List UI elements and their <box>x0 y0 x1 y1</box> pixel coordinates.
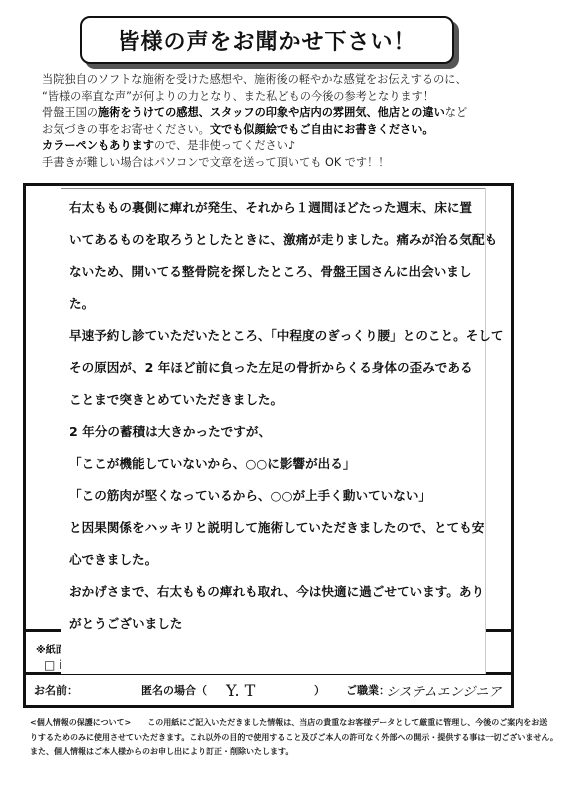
name-row: お名前： 匿名の場合（ Y. T ） ご職業： システムエンジニア <box>26 675 511 705</box>
intro-line-4-bold: 文でも似顔絵でもご自由にお書きください。 <box>210 123 434 136</box>
privacy-line: <個人情報の保護について> この用紙にご記入いただきました情報は、当店の貴重なお… <box>30 716 550 731</box>
testimonial-line: 「ここが機能していないから、○○に影響が出る」 <box>69 454 479 486</box>
divider-left <box>26 629 66 632</box>
occupation-label: ご職業： <box>346 682 390 698</box>
intro-line-3: 骨盤王国の施術をうけての感想、スタッフの印象や店内の雰囲気、他店との違いなど <box>42 105 542 122</box>
divider-right <box>486 629 514 632</box>
note-checkbox[interactable]: □ i <box>44 658 63 672</box>
testimonial-line: おかげさまで、右太ももの痺れも取れ、今は快適に過ごせています。あり <box>69 582 479 614</box>
page-title: 皆様の声をお聞かせ下さい！ <box>117 25 416 56</box>
testimonial-sheet: 右太ももの裏側に痺れが発生、それから１週間ほどたった週末、床に置 いてあるものを… <box>61 188 486 674</box>
privacy-line: りするためのみに使用させていただきます。これ以外の目的で使用すること及びご本人の… <box>30 731 550 746</box>
occupation-value: システムエンジニア <box>386 681 501 700</box>
testimonial-line: 「この筋肉が堅くなっているから、○○が上手く動いていない」 <box>69 486 479 518</box>
anonymous-label: 匿名の場合（ <box>141 682 207 698</box>
testimonial-line: ないため、開いてる整骨院を探したところ、骨盤王国さんに出会いまし <box>69 262 479 294</box>
testimonial-line: がとうございました <box>69 614 479 646</box>
intro-line-5: カラーペンもありますので、是非使ってください♪ <box>42 138 542 155</box>
testimonial-line: 早速予約し診ていただいたところ、「中程度のぎっくり腰」とのこと。そして <box>69 326 479 358</box>
privacy-line: また、個人情報はご本人様からのお申し出により訂正・削除いたします。 <box>30 745 550 760</box>
intro-line-3-bold: 施術をうけての感想、スタッフの印象や店内の雰囲気、他店との違い <box>98 106 445 119</box>
anonymous-close-paren: ） <box>314 682 325 698</box>
intro-line-4: お気づきの事をお寄せください。文でも似顔絵でもご自由にお書きください。 <box>42 122 542 139</box>
intro-line-4-prefix: お気づきの事をお寄せください。 <box>42 123 210 136</box>
anonymous-value: Y. T <box>226 681 255 700</box>
intro-line-5-bold: カラーペンもあります <box>42 139 154 152</box>
testimonial-line: 心できました。 <box>69 550 479 582</box>
title-banner: 皆様の声をお聞かせ下さい！ <box>80 16 454 64</box>
intro-line-1: 当院独自のソフトな施術を受けた感想や、施術後の軽やかな感覚をお伝えするのに、 <box>42 72 542 89</box>
name-label: お名前： <box>34 682 78 698</box>
testimonial-line: その原因が、2 年ほど前に負った左足の骨折からくる身体の歪みである <box>69 358 479 390</box>
intro-line-5-suffix: ので、是非使ってください♪ <box>154 139 295 152</box>
intro-line-3-suffix: など <box>445 106 467 119</box>
testimonial-line: いてあるものを取ろうとしたときに、激痛が走りました。痛みが治る気配も <box>69 230 479 262</box>
testimonial-text: 右太ももの裏側に痺れが発生、それから１週間ほどたった週末、床に置 いてあるものを… <box>69 198 479 646</box>
testimonial-line: 2 年分の蓄積は大きかったですが、 <box>69 422 479 454</box>
intro-line-3-prefix: 骨盤王国の <box>42 106 98 119</box>
testimonial-line: と因果関係をハッキリと説明して施術していただきましたので、とても安 <box>69 518 479 550</box>
sheet-top-line <box>61 188 485 189</box>
testimonial-line: ことまで突きとめていただきました。 <box>69 390 479 422</box>
intro-line-2: “皆様の率直な声”が何よりの力となり、また私どもの今後の参考となります！ <box>42 89 542 106</box>
testimonial-line: た。 <box>69 294 479 326</box>
testimonial-line: 右太ももの裏側に痺れが発生、それから１週間ほどたった週末、床に置 <box>69 198 479 230</box>
intro-text: 当院独自のソフトな施術を受けた感想や、施術後の軽やかな感覚をお伝えするのに、 “… <box>42 72 542 172</box>
privacy-notice: <個人情報の保護について> この用紙にご記入いただきました情報は、当店の貴重なお… <box>30 716 550 760</box>
intro-line-6: 手書きが難しい場合はパソコンで文章を送って頂いても OK です！！ <box>42 155 542 172</box>
